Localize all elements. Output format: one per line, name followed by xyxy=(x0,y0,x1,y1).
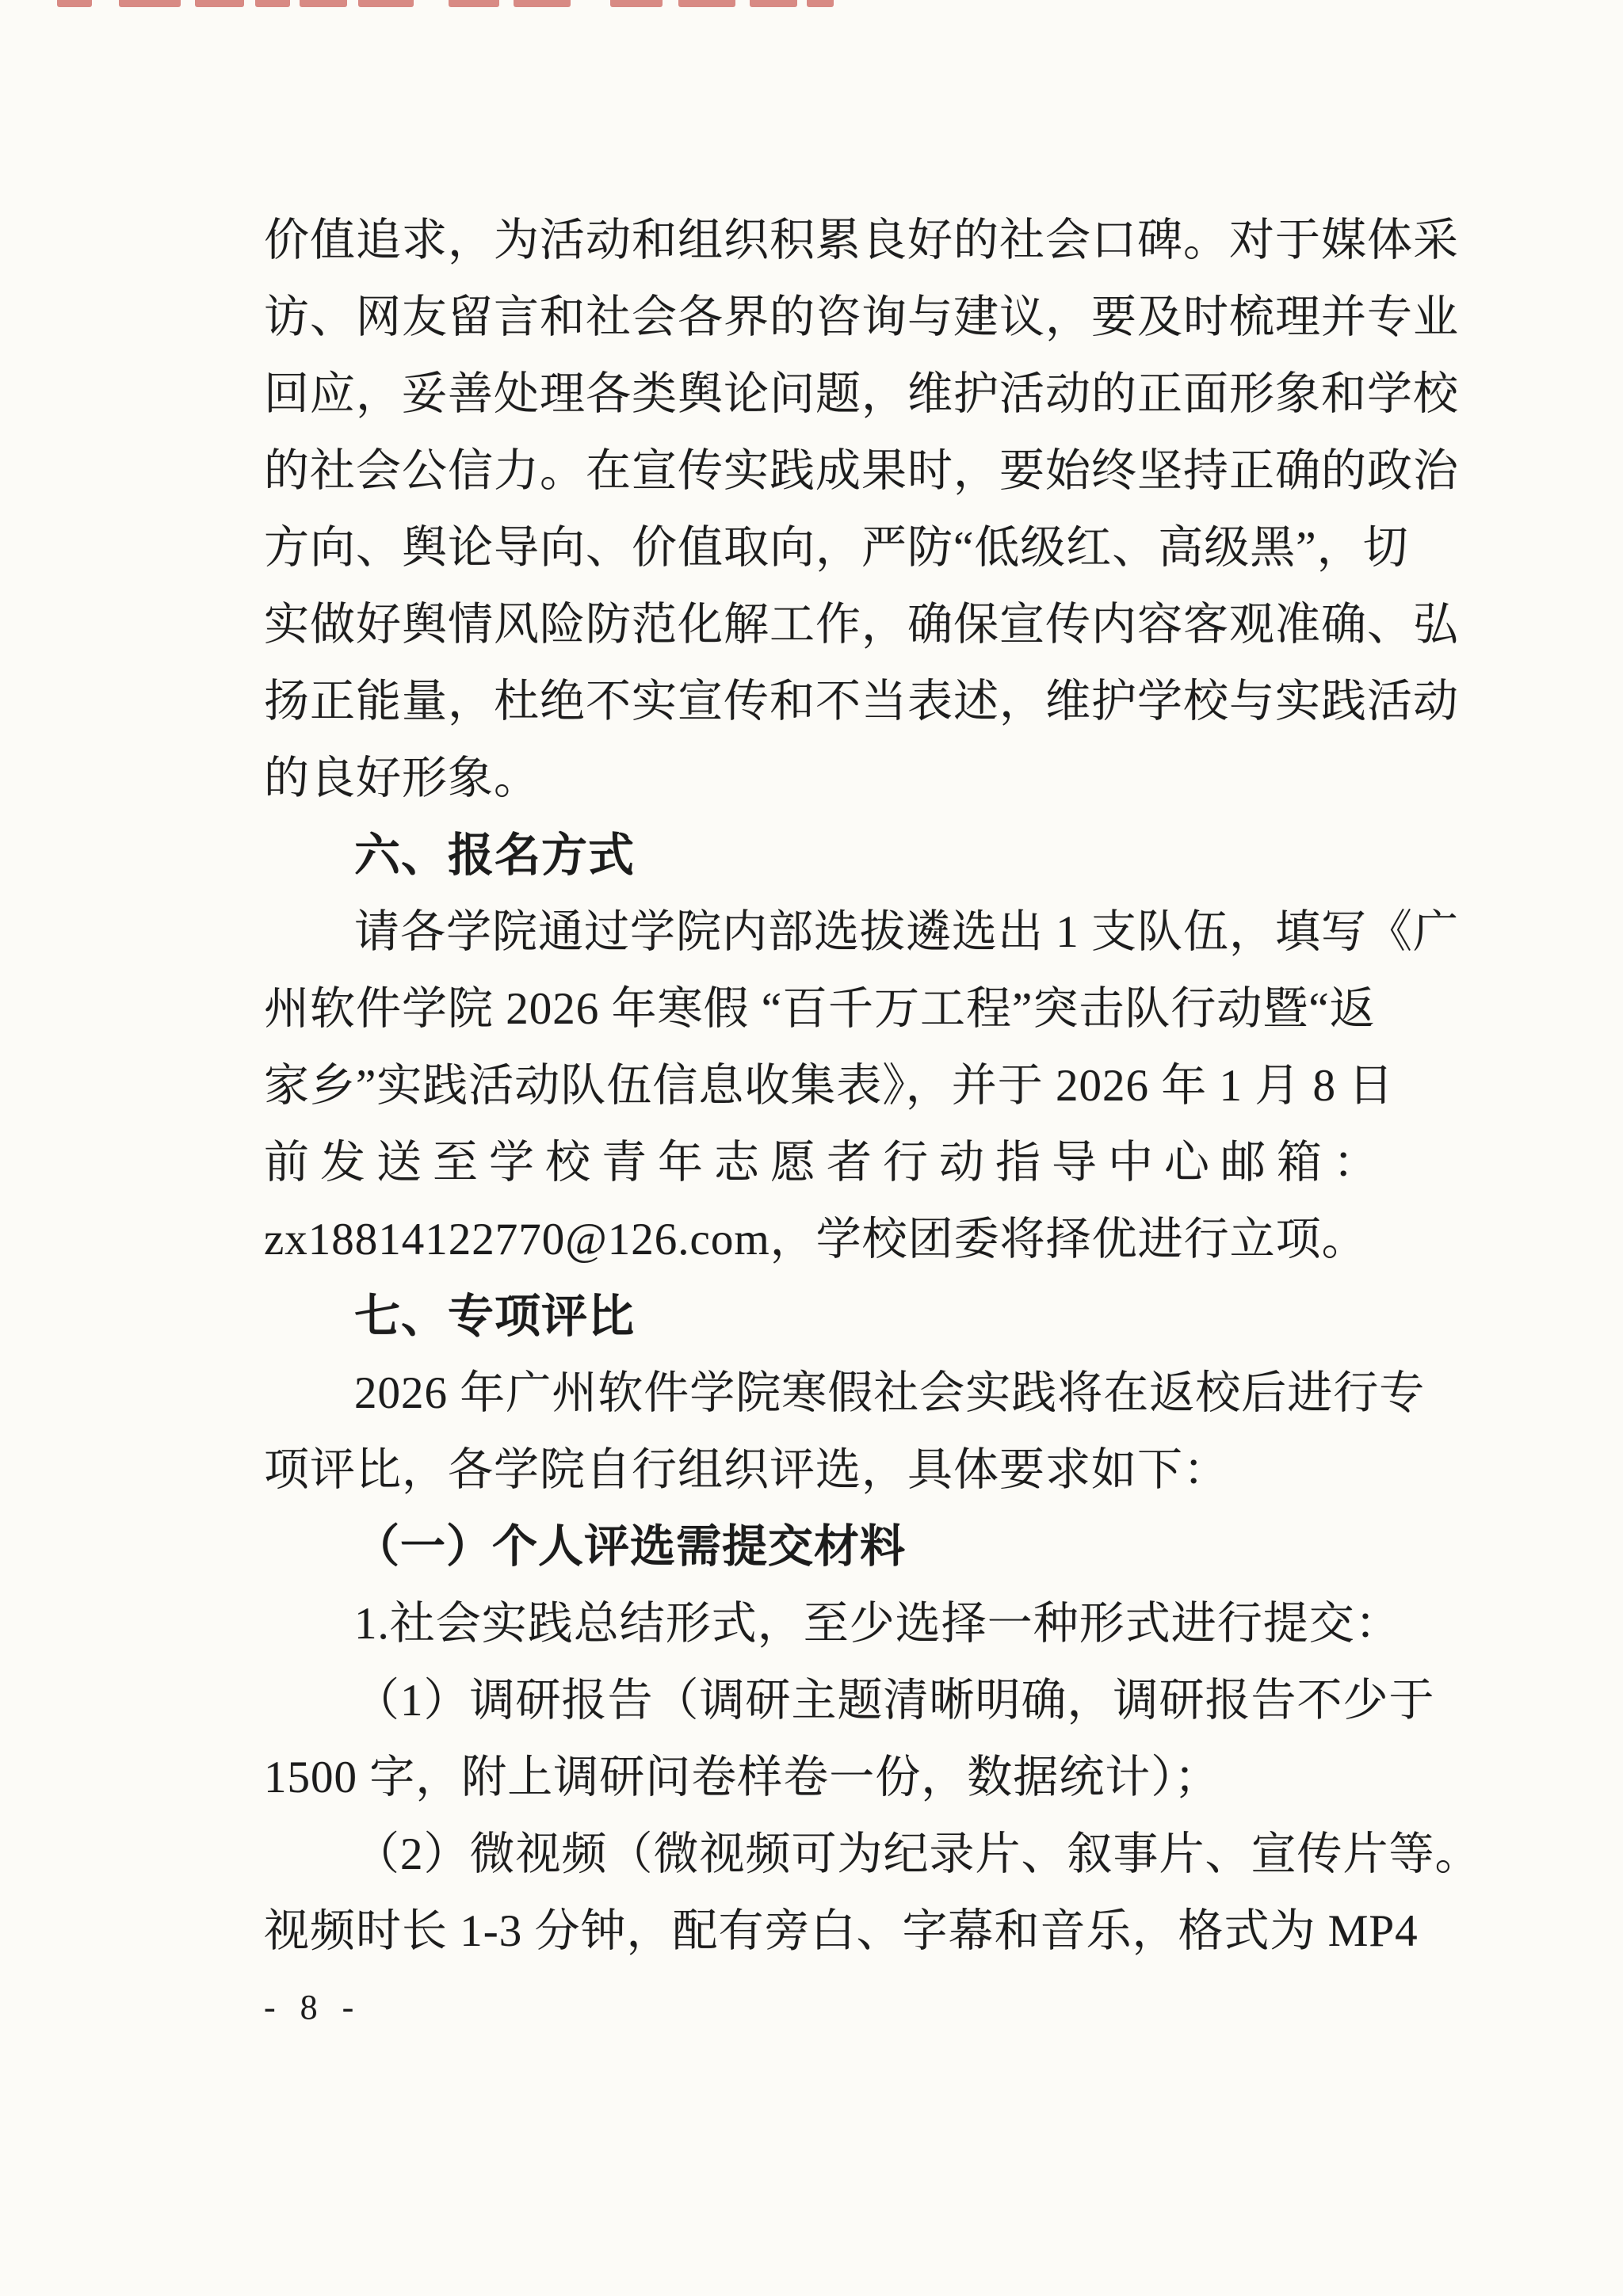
red-mark xyxy=(750,0,797,7)
red-mark xyxy=(119,0,181,7)
red-mark xyxy=(678,0,735,7)
text-line: 家乡”实践活动队伍信息收集表》，并于 2026 年 1 月 8 日 xyxy=(264,1047,1377,1124)
text-line: 前发送至学校青年志愿者行动指导中心邮箱： xyxy=(264,1124,1377,1201)
text-line: 的社会公信力。在宣传实践成果时，要始终坚持正确的政治 xyxy=(264,433,1377,509)
red-mark xyxy=(300,0,347,7)
subsection-heading: （一）个人评选需提交材料 xyxy=(264,1508,1377,1585)
text-line: 实做好舆情风险防范化解工作，确保宣传内容客观准确、弘 xyxy=(264,586,1377,663)
text-line: 的良好形象。 xyxy=(264,740,1377,817)
text-line: 项评比，各学院自行组织评选，具体要求如下： xyxy=(264,1432,1377,1508)
section-heading-7: 七、专项评比 xyxy=(264,1278,1377,1355)
document-body: 价值追求，为活动和组织积累良好的社会口碑。对于媒体采 访、网友留言和社会各界的咨… xyxy=(264,202,1377,2031)
section-heading-6: 六、报名方式 xyxy=(264,817,1377,894)
document-page: 价值追求，为活动和组织积累良好的社会口碑。对于媒体采 访、网友留言和社会各界的咨… xyxy=(0,0,1623,2296)
text-line: 2026 年广州软件学院寒假社会实践将在返校后进行专 xyxy=(264,1355,1377,1432)
text-line: 回应，妥善处理各类舆论问题，维护活动的正面形象和学校 xyxy=(264,356,1377,433)
text-line: （2）微视频（微视频可为纪录片、叙事片、宣传片等。 xyxy=(264,1816,1377,1893)
text-line: 1.社会实践总结形式，至少选择一种形式进行提交： xyxy=(264,1585,1377,1662)
red-mark xyxy=(807,0,834,7)
red-scan-artifacts xyxy=(0,0,1623,11)
red-mark xyxy=(449,0,499,7)
text-line: 扬正能量，杜绝不实宣传和不当表述，维护学校与实践活动 xyxy=(264,663,1377,740)
text-line: 视频时长 1-3 分钟，配有旁白、字幕和音乐，格式为 MP4 xyxy=(264,1893,1377,1970)
text-line: 1500 字，附上调研问卷样卷一份，数据统计）； xyxy=(264,1739,1377,1816)
red-mark xyxy=(610,0,663,7)
text-line: 请各学院通过学院内部选拔遴选出 1 支队伍，填写《广 xyxy=(264,894,1377,971)
text-line: （1）调研报告（调研主题清晰明确，调研报告不少于 xyxy=(264,1662,1377,1739)
red-mark xyxy=(358,0,414,7)
text-line: 价值追求，为活动和组织积累良好的社会口碑。对于媒体采 xyxy=(264,202,1377,279)
text-line: 方向、舆论导向、价值取向，严防“低级红、高级黑”，切 xyxy=(264,509,1377,586)
red-mark xyxy=(255,0,290,7)
red-mark xyxy=(57,0,92,7)
red-mark xyxy=(195,0,244,7)
page-number: - 8 - xyxy=(264,1984,1377,2031)
red-mark xyxy=(514,0,571,7)
text-line: 州软件学院 2026 年寒假 “百千万工程”突击队行动暨“返 xyxy=(264,971,1377,1047)
text-line: 访、网友留言和社会各界的咨询与建议，要及时梳理并专业 xyxy=(264,279,1377,356)
text-line-email: zx18814122770@126.com，学校团委将择优进行立项。 xyxy=(264,1201,1377,1278)
